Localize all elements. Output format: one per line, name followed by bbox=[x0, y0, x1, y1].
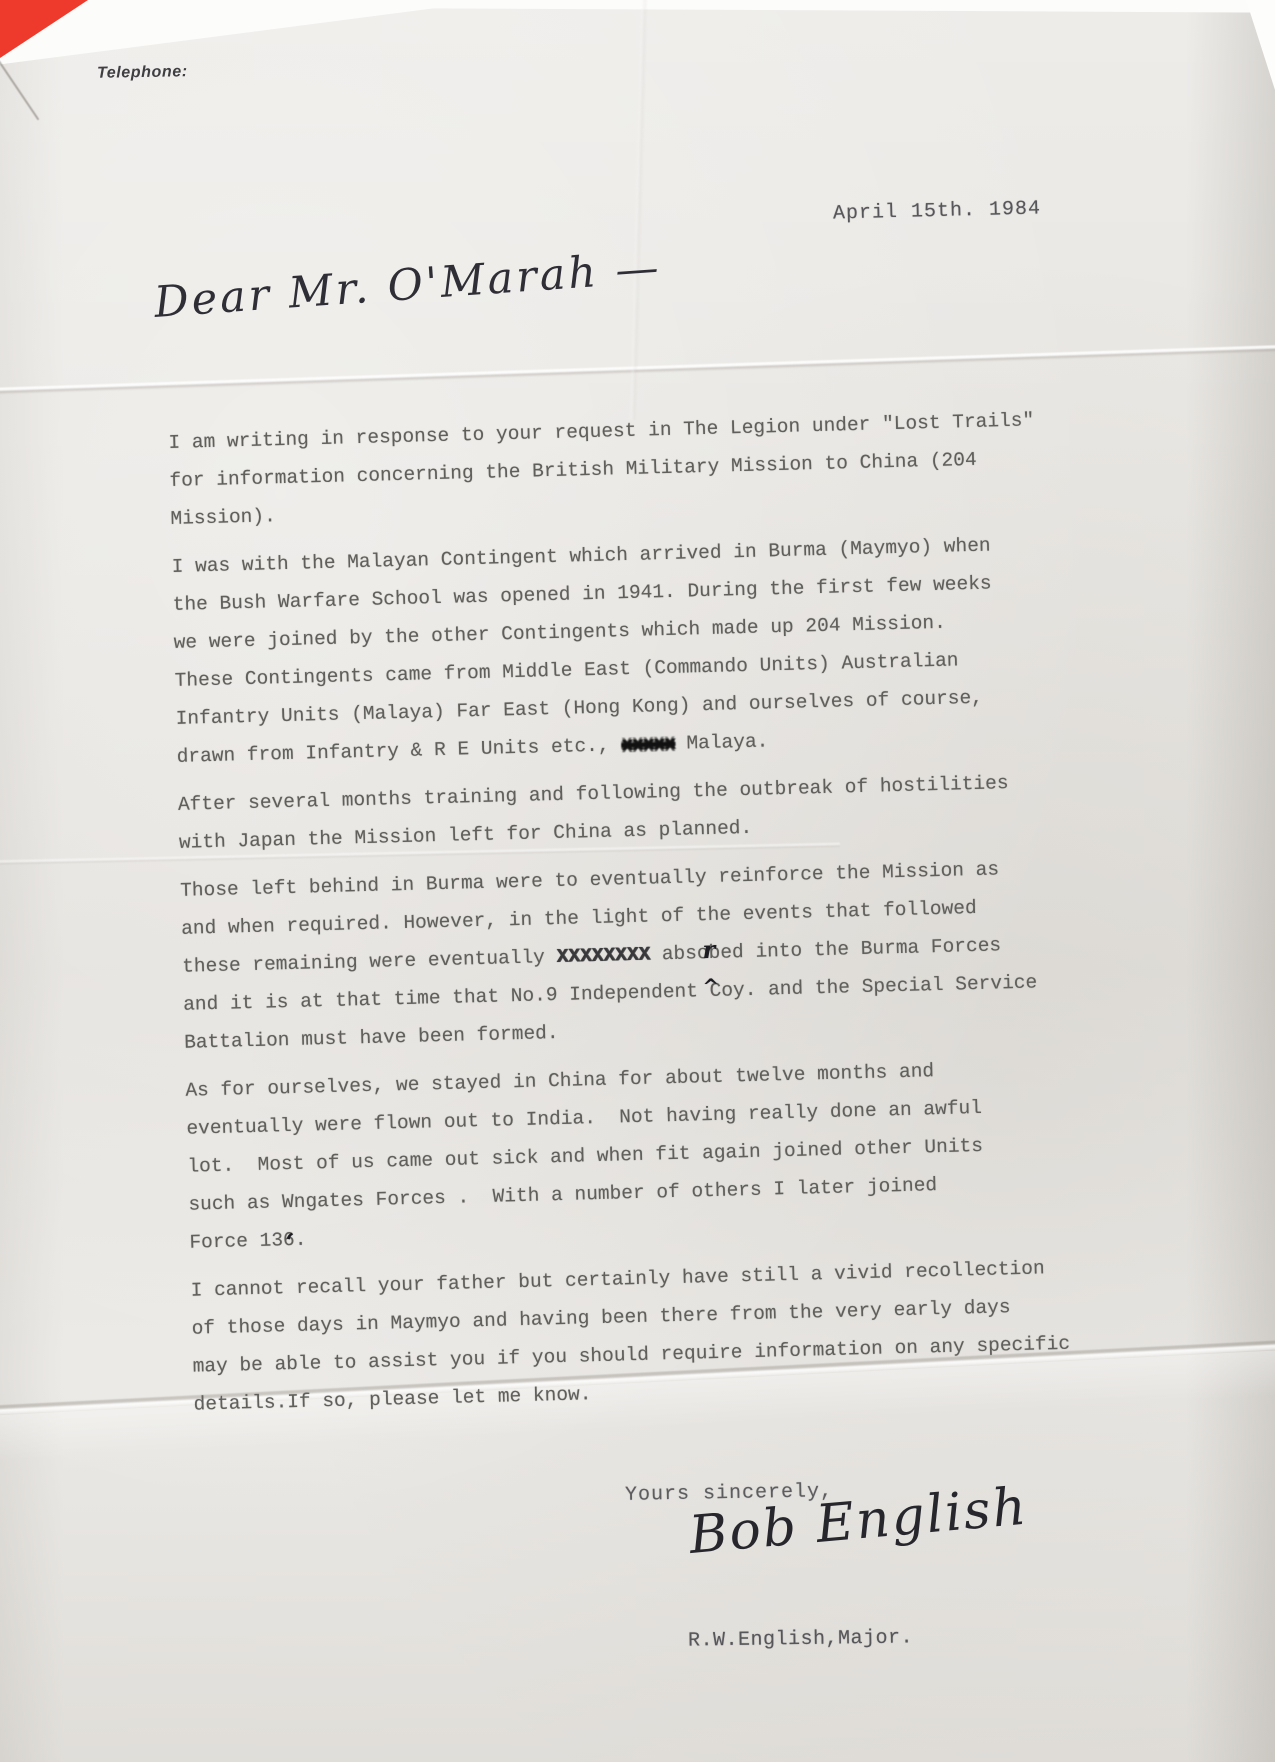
paper-crease bbox=[0, 342, 1275, 396]
paragraph: I am writing in response to your request… bbox=[168, 400, 1091, 538]
letter-page: Telephone: April 15th. 1984 Dear Mr. O'M… bbox=[0, 0, 1275, 1762]
dogear-fold-line bbox=[0, 58, 39, 120]
letter-date: April 15th. 1984 bbox=[833, 197, 1042, 225]
paragraph: After several months training and follow… bbox=[177, 762, 1099, 862]
scan-background-top bbox=[0, 0, 1275, 70]
telephone-label: Telephone: bbox=[97, 63, 188, 83]
paragraph: I cannot recall your father but certainl… bbox=[190, 1248, 1114, 1424]
paragraph: I was with the Malayan Contingent which … bbox=[171, 524, 1097, 776]
paper-crease bbox=[630, 0, 646, 420]
salutation-handwritten: Dear Mr. O'Marah — bbox=[153, 243, 664, 328]
annotation-scribble: xxxxx bbox=[621, 733, 675, 756]
scan-background-corner bbox=[1241, 0, 1275, 90]
typed-name: R.W.English,Major. bbox=[688, 1626, 913, 1652]
annotation-xstrike: XXXXXXXX bbox=[556, 944, 650, 968]
letter-body: I am writing in response to your request… bbox=[168, 400, 1114, 1434]
paragraph: Those left behind in Burma were to event… bbox=[180, 848, 1105, 1062]
paragraph: As for ourselves, we stayed in China for… bbox=[185, 1048, 1110, 1262]
